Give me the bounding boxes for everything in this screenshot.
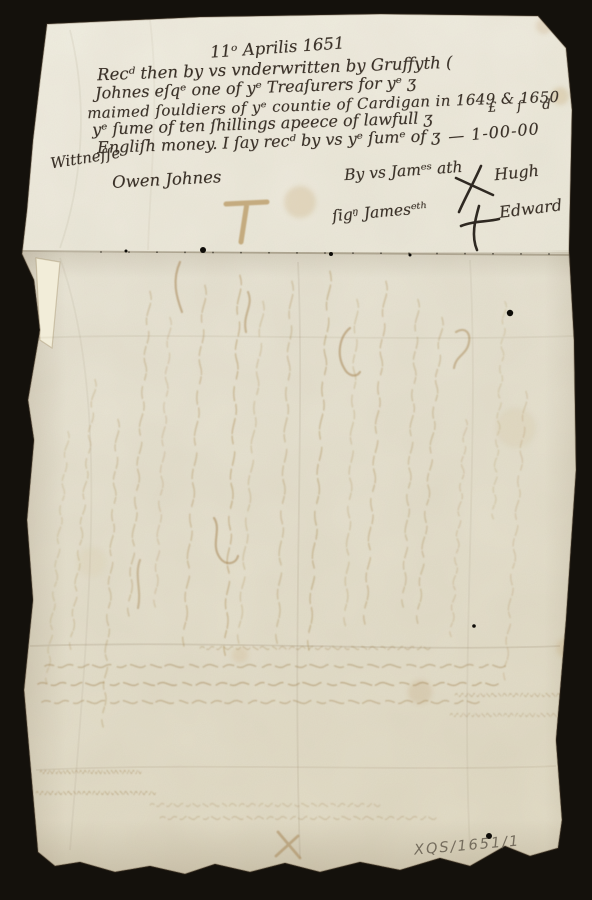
crease-shadow — [20, 252, 580, 278]
manuscript-photograph: 11ᵒ Aprilis 1651 Recᵈ then by vs vnderwr… — [0, 0, 592, 900]
